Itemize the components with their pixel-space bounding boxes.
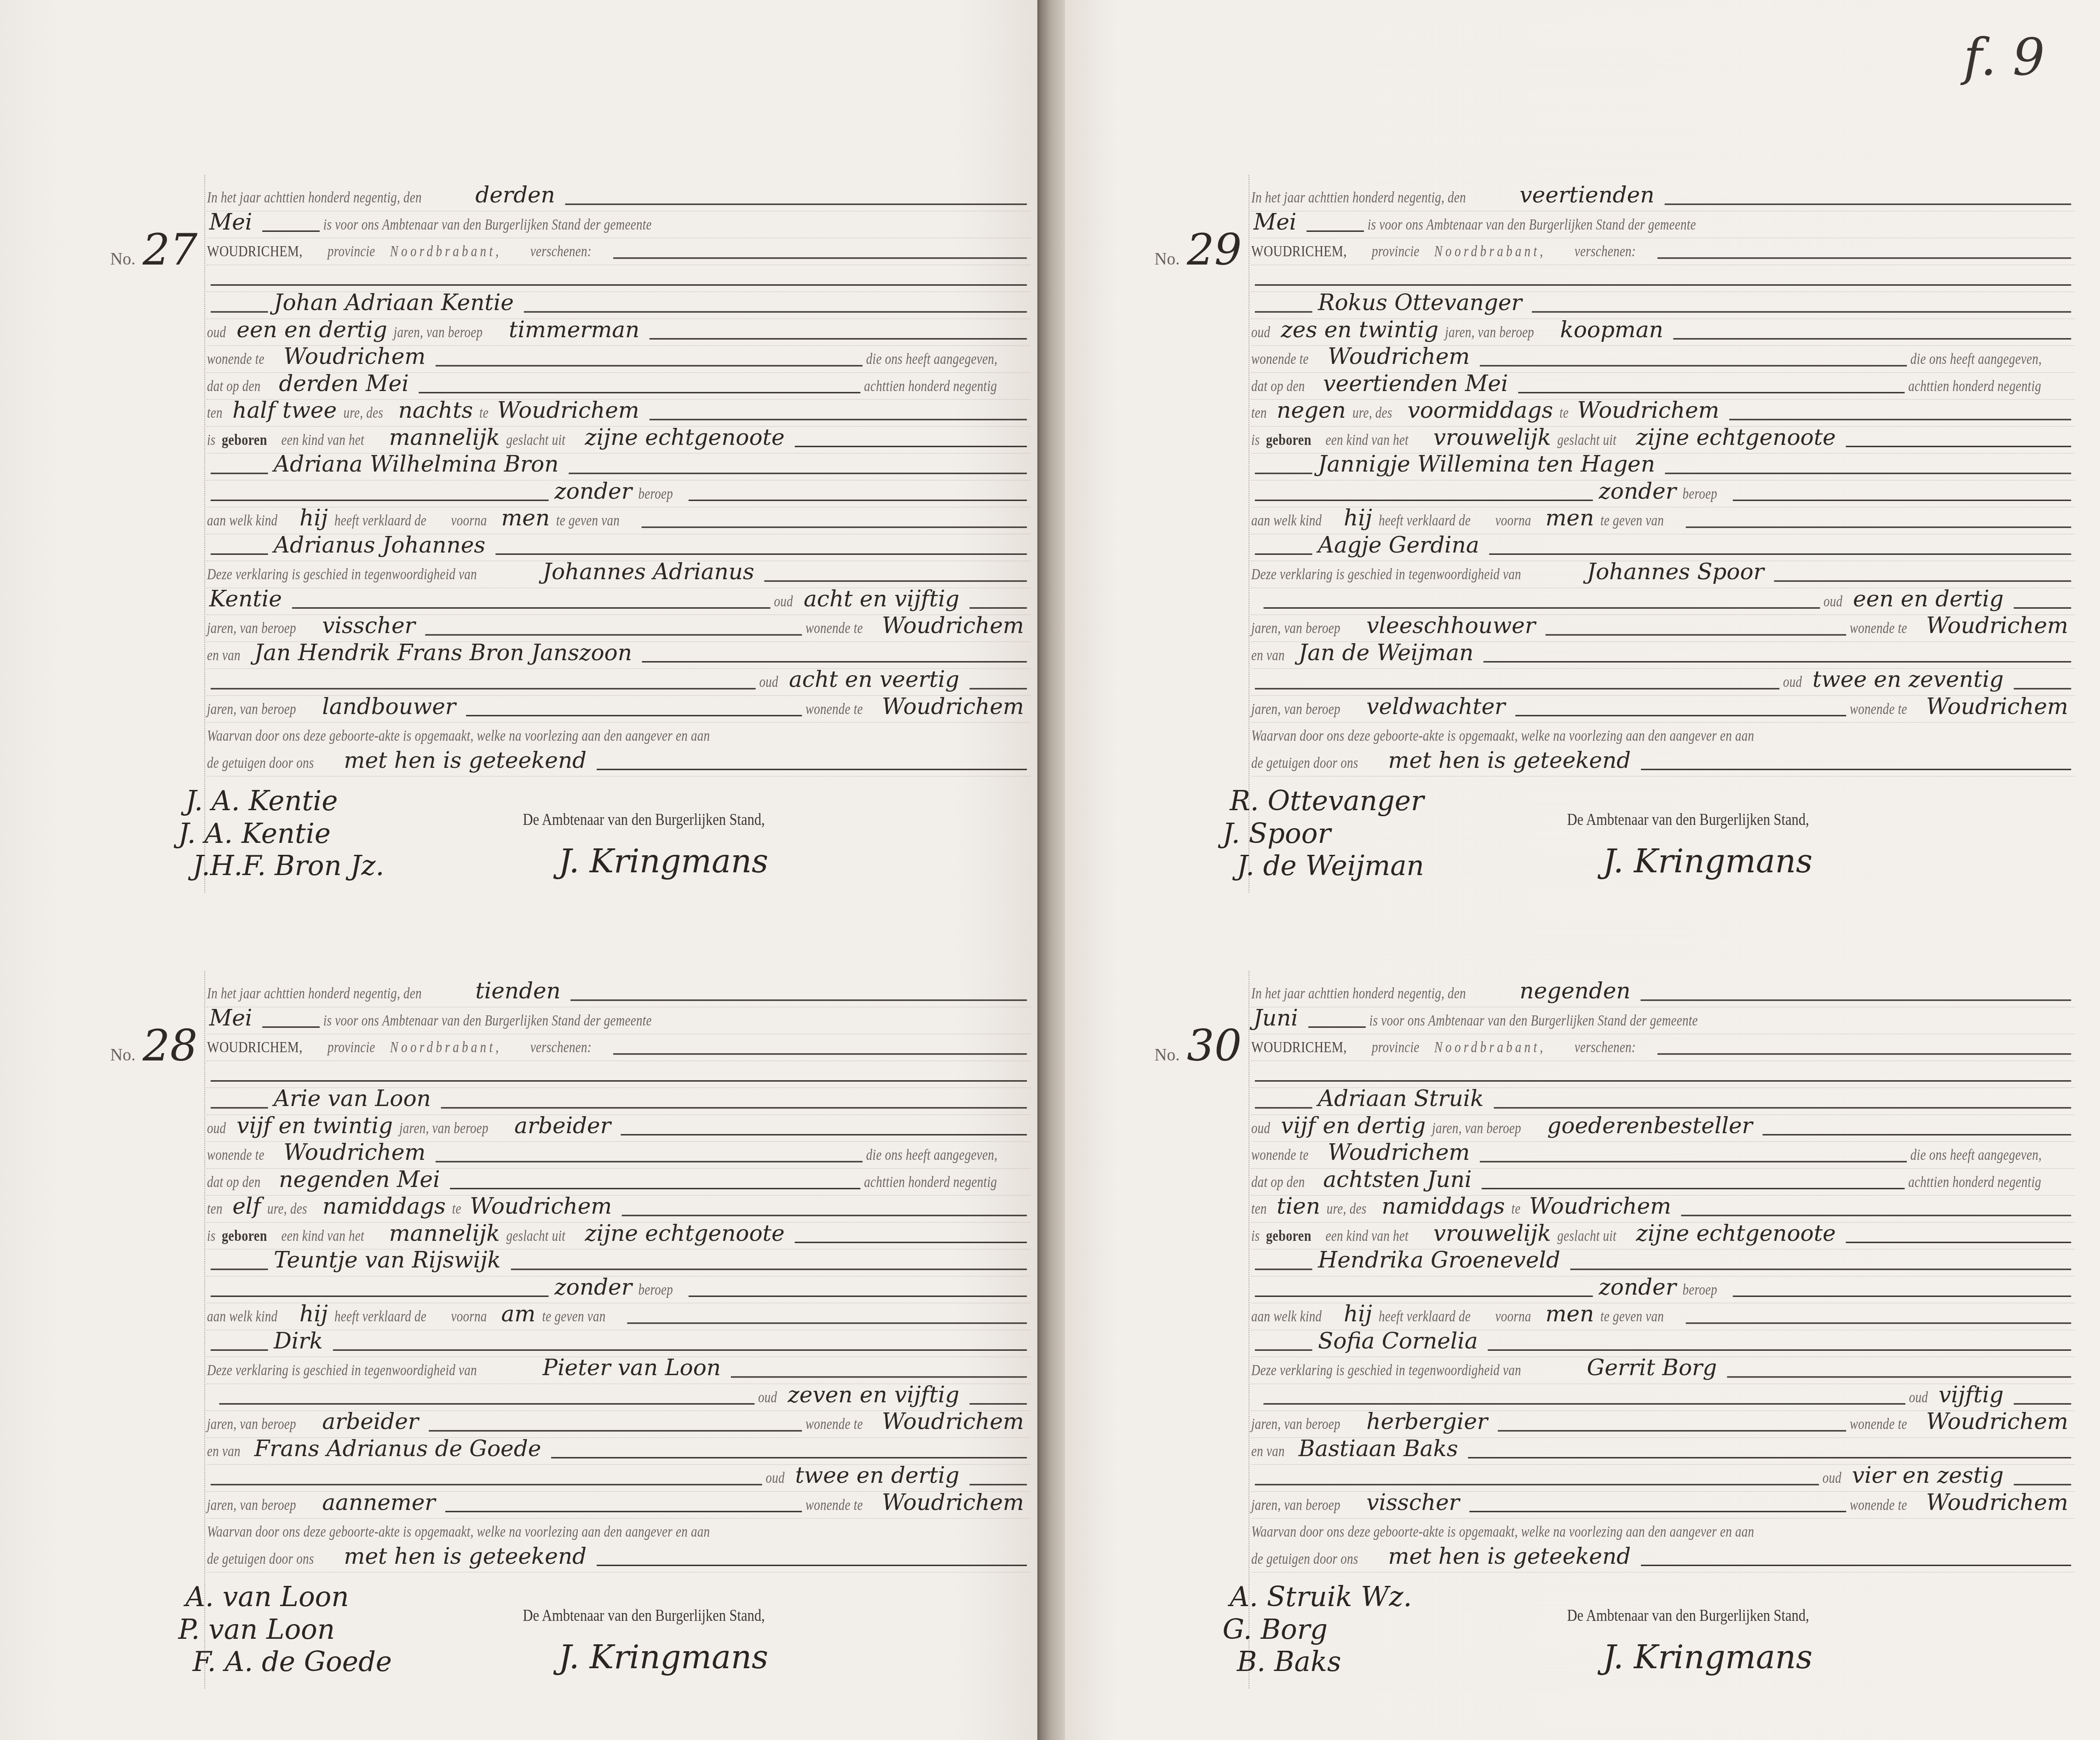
signature-2: G. Borg bbox=[1223, 1613, 1328, 1645]
signature-2: P. van Loon bbox=[178, 1613, 335, 1645]
act-number-label: No. bbox=[110, 1045, 135, 1064]
field-closing: met hen is geteekend bbox=[342, 1543, 593, 1572]
act-number-label: No. bbox=[1154, 1045, 1179, 1064]
printed-text: de getuigen door ons bbox=[1251, 1550, 1362, 1572]
officer-signature: J. Kringmans bbox=[1603, 842, 1812, 880]
birth-act-29: No.29 In het jaar achttien honderd negen… bbox=[1251, 175, 2075, 819]
line-closing-2: de getuigen door ons met hen is geteeken… bbox=[207, 1536, 1030, 1573]
act-number-value: 29 bbox=[1187, 225, 1242, 275]
officer-title: De Ambtenaar van den Burgerlijken Stand, bbox=[1567, 810, 1809, 829]
officer-signature: J. Kringmans bbox=[558, 842, 768, 880]
act-number-value: 30 bbox=[1187, 1021, 1242, 1071]
field-closing: met hen is geteekend bbox=[1386, 747, 1637, 776]
officer-signature: J. Kringmans bbox=[558, 1638, 768, 1676]
signature-1: A. van Loon bbox=[185, 1581, 349, 1613]
fill-line bbox=[597, 1565, 1027, 1566]
signature-2: J. Spoor bbox=[1223, 817, 1331, 849]
fill-line bbox=[597, 769, 1027, 770]
fill-line bbox=[1641, 1565, 2071, 1566]
officer-title: De Ambtenaar van den Burgerlijken Stand, bbox=[1567, 1606, 1809, 1625]
birth-act-27: No.27 In het jaar achttien honderd negen… bbox=[207, 175, 1030, 819]
act-number-label: No. bbox=[110, 249, 135, 268]
field-closing: met hen is geteekend bbox=[342, 747, 593, 776]
signature-3: J.H.F. Bron Jz. bbox=[193, 849, 385, 881]
signature-2: J. A. Kentie bbox=[178, 817, 331, 849]
printed-text: de getuigen door ons bbox=[207, 755, 317, 776]
printed-text: de getuigen door ons bbox=[1251, 755, 1362, 776]
signature-3: J. de Weijman bbox=[1237, 849, 1424, 881]
signature-1: A. Struik Wz. bbox=[1230, 1581, 1412, 1613]
signature-3: B. Baks bbox=[1237, 1645, 1341, 1677]
officer-title: De Ambtenaar van den Burgerlijken Stand, bbox=[523, 1606, 765, 1625]
signature-1: J. A. Kentie bbox=[185, 785, 338, 817]
line-closing-2: de getuigen door ons met hen is geteeken… bbox=[207, 740, 1030, 777]
signature-3: F. A. de Goede bbox=[193, 1645, 392, 1677]
folio-number: f. 9 bbox=[1963, 28, 2045, 86]
act-number-value: 27 bbox=[143, 225, 197, 275]
act-number: No.28 bbox=[110, 1021, 197, 1071]
officer-signature: J. Kringmans bbox=[1603, 1638, 1812, 1676]
signature-1: R. Ottevanger bbox=[1230, 785, 1424, 817]
birth-act-30: No.30 In het jaar achttien honderd negen… bbox=[1251, 971, 2075, 1615]
act-number-label: No. bbox=[1154, 249, 1179, 268]
register-spread: f. 9 No.27 In het jaar achttien honderd … bbox=[0, 0, 2100, 1740]
book-gutter bbox=[1037, 0, 1065, 1740]
officer-title: De Ambtenaar van den Burgerlijken Stand, bbox=[523, 810, 765, 829]
act-number: No.30 bbox=[1154, 1021, 1242, 1071]
fill-line bbox=[1641, 769, 2071, 770]
act-number: No.29 bbox=[1154, 225, 1242, 275]
act-number-value: 28 bbox=[143, 1021, 197, 1071]
act-number: No.27 bbox=[110, 225, 197, 275]
line-closing-2: de getuigen door ons met hen is geteeken… bbox=[1251, 740, 2075, 777]
birth-act-28: No.28 In het jaar achttien honderd negen… bbox=[207, 971, 1030, 1615]
line-closing-2: de getuigen door ons met hen is geteeken… bbox=[1251, 1536, 2075, 1573]
printed-text: de getuigen door ons bbox=[207, 1550, 317, 1572]
field-closing: met hen is geteekend bbox=[1386, 1543, 1637, 1572]
